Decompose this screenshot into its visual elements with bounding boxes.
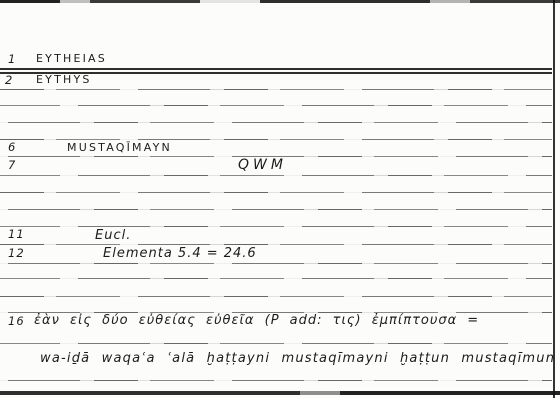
scanned-lexicon-card: 1 EYTHEIAS 2 EYTHYS 6 MUSTAQĪMAYN 7 QWM …	[0, 0, 560, 398]
scan-edge-bottom	[0, 391, 560, 395]
ruled-line	[0, 209, 552, 211]
line-number-16: 16	[8, 314, 25, 328]
arabic-transliteration: wa-iḏā waqaʿa ʿalā ḫaṭṭayni mustaqīmayni…	[40, 351, 555, 366]
source-reference-elementa: Elementa 5.4 = 24.6	[103, 246, 257, 261]
greek-lemma-euthys: EYTHYS	[36, 73, 92, 86]
ruled-line	[0, 192, 552, 194]
ruled-line	[0, 226, 552, 228]
ruled-line	[0, 380, 552, 382]
line-number-1: 1	[8, 52, 16, 66]
ruled-line	[0, 175, 552, 177]
ruled-line	[0, 263, 552, 265]
line-number-6: 6	[8, 140, 16, 154]
line-number-11: 11	[8, 227, 25, 241]
ruled-line	[0, 122, 552, 124]
ruled-line	[0, 244, 552, 246]
scan-edge-right	[553, 0, 555, 398]
scan-edge-top	[0, 0, 560, 3]
line-number-7: 7	[8, 158, 16, 172]
ruled-line	[0, 105, 552, 107]
source-author-eucl: Eucl.	[95, 228, 131, 243]
ruled-line	[0, 278, 552, 280]
arabic-lemma-mustaqimayn: MUSTAQĪMAYN	[67, 141, 172, 154]
ruled-line-double-upper	[0, 68, 552, 70]
ruled-line	[0, 89, 552, 91]
line-number-2: 2	[5, 73, 13, 87]
greek-lemma-eutheias: EYTHEIAS	[36, 52, 107, 65]
ruled-line	[0, 343, 552, 345]
greek-quotation: ἐὰν εἰς δύο εὐθείας εὐθεῖα (P add: τις) …	[34, 313, 479, 328]
line-number-12: 12	[8, 246, 25, 260]
ruled-line	[0, 296, 552, 298]
arabic-root-qwm: QWM	[238, 157, 287, 173]
